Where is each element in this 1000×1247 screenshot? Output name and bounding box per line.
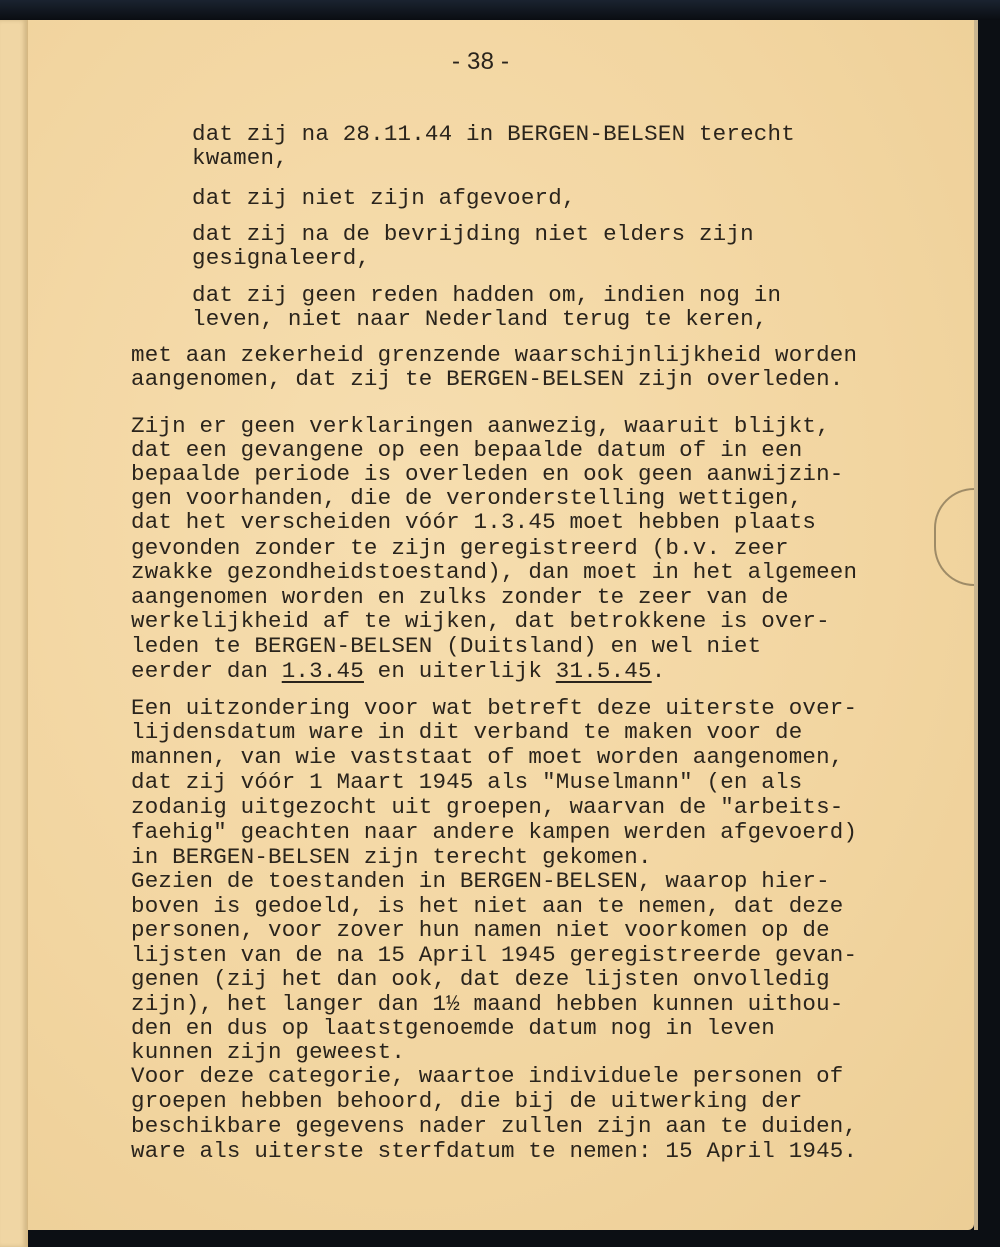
paragraph-2-line-2: dat een gevangene op een bepaalde datum … [131,438,802,463]
date-range-suffix: . [652,658,666,684]
date-range-prefix: eerder dan [131,658,282,684]
paragraph-3-line-18: beschikbare gegevens nader zullen zijn a… [131,1114,857,1139]
paragraph-2-line-11: eerder dan 1.3.45 en uiterlijk 31.5.45. [131,659,665,684]
paragraph-3-line-11: lijsten van de na 15 April 1945 geregist… [131,943,857,968]
page-stack-edge [974,20,978,1230]
paragraph-3-line-15: kunnen zijn geweest. [131,1040,405,1065]
paragraph-3-line-9: boven is gedoeld, is het niet aan te nem… [131,894,844,919]
page-number: - 38 - [452,50,509,75]
paragraph-2-line-3: bepaalde periode is overleden en ook gee… [131,462,844,487]
paragraph-3-line-7: in BERGEN-BELSEN zijn terecht gekomen. [131,845,652,870]
paragraph-3-line-17: groepen hebben behoord, die bij de uitwe… [131,1089,802,1114]
paragraph-2-line-8: aangenomen worden en zulks zonder te zee… [131,585,789,610]
paragraph-2-line-6: gevonden zonder te zijn geregistreerd (b… [131,536,789,561]
date-from: 1.3.45 [282,658,364,684]
paragraph-2-line-7: zwakke gezondheidstoestand), dan moet in… [131,560,857,585]
paragraph-3-line-4: dat zij vóór 1 Maart 1945 als "Muselmann… [131,770,802,795]
conclusion-line-2: aangenomen, dat zij te BERGEN-BELSEN zij… [131,367,844,392]
clause-1-line-2: kwamen, [192,146,288,171]
clause-3-line-2: gesignaleerd, [192,246,370,271]
paragraph-2-line-5: dat het verscheiden vóór 1.3.45 moet heb… [131,510,816,535]
date-range-middle: en uiterlijk [364,658,556,684]
paragraph-3-line-5: zodanig uitgezocht uit groepen, waarvan … [131,795,844,820]
paragraph-3-line-14: den en dus op laatstgenoemde datum nog i… [131,1016,775,1041]
clause-1-line-1: dat zij na 28.11.44 in BERGEN-BELSEN ter… [192,122,795,147]
conclusion-line-1: met aan zekerheid grenzende waarschijnli… [131,343,857,368]
paragraph-2-line-4: gen voorhanden, die de veronderstelling … [131,486,802,511]
paragraph-3-line-12: genen (zij het dan ook, dat deze lijsten… [131,967,830,992]
paragraph-3-line-3: mannen, van wie vaststaat of moet worden… [131,745,844,770]
paragraph-2-line-10: leden te BERGEN-BELSEN (Duitsland) en we… [131,634,761,659]
clause-3-line-1: dat zij na de bevrijding niet elders zij… [192,222,754,247]
paragraph-3-line-16: Voor deze categorie, waartoe individuele… [131,1064,844,1089]
paragraph-3-line-8: Gezien de toestanden in BERGEN-BELSEN, w… [131,869,830,894]
paragraph-3-line-6: faehig" geachten naar andere kampen werd… [131,820,857,845]
paragraph-3-line-1: Een uitzondering voor wat betreft deze u… [131,696,857,721]
clause-4-line-1: dat zij geen reden hadden om, indien nog… [192,283,781,308]
paragraph-3-line-2: lijdensdatum ware in dit verband te make… [131,720,802,745]
previous-page-edge [0,20,28,1247]
paragraph-3-line-13: zijn), het langer dan 1½ maand hebben ku… [131,992,844,1017]
paragraph-2-line-1: Zijn er geen verklaringen aanwezig, waar… [131,414,830,439]
clause-4-line-2: leven, niet naar Nederland terug te kere… [192,307,768,332]
paragraph-2-line-9: werkelijkheid af te wijken, dat betrokke… [131,609,830,634]
date-to: 31.5.45 [556,658,652,684]
scanner-background [0,0,1000,20]
paragraph-3-line-19: ware als uiterste sterfdatum te nemen: 1… [131,1139,857,1164]
clause-2-line-1: dat zij niet zijn afgevoerd, [192,186,576,211]
paragraph-3-line-10: personen, voor zover hun namen niet voor… [131,918,830,943]
